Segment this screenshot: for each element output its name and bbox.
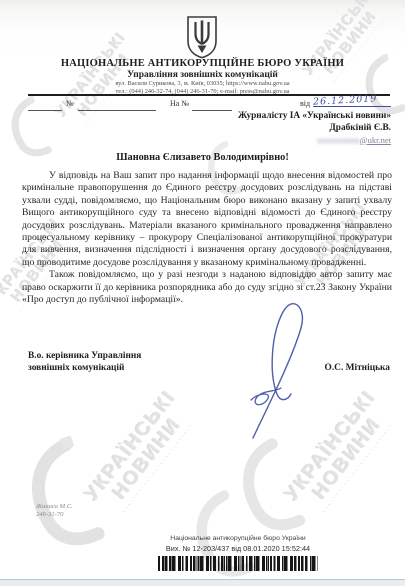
recipient-email: xxxxxxxxxx@ukr.net	[238, 135, 391, 147]
org-name: НАЦІОНАЛЬНЕ АНТИКОРУПЦІЙНЕ БЮРО УКРАЇНИ	[0, 58, 405, 69]
body-paragraph-1: У відповідь на Ваш запит про надання інф…	[22, 170, 392, 269]
watermark-bottom-left: УКРАЇНСЬКІ НОВИНИ ······················…	[81, 386, 202, 522]
stamp-org: Національне антикорупційне бюро України	[98, 535, 378, 544]
signer-position: В.о. керівника Управління зовнішніх кому…	[28, 350, 141, 374]
org-department: Управління зовнішніх комунікацій	[0, 70, 405, 80]
recipient-title: Журналісту ІА «Українські новини»	[238, 111, 391, 123]
barcode	[158, 556, 318, 571]
outgoing-number-label: №	[66, 99, 74, 108]
incoming-number-label: На №	[170, 99, 189, 108]
org-address: вул. Василя Сурикова, 3, м. Київ, 03035;…	[0, 80, 405, 87]
registration-stamp: Національне антикорупційне бюро України …	[98, 535, 378, 571]
recipient-name: Драбкіній Є.В.	[238, 123, 391, 135]
recipient-block: Журналісту ІА «Українські новини» Драбкі…	[238, 111, 391, 146]
email-link[interactable]: @ukr.net	[360, 135, 391, 145]
redacted-email-prefix: xxxxxxxxxx	[317, 135, 360, 145]
stamp-reg-number: Вих. № 12-203/437 від 08.01.2020 15:52:4…	[98, 544, 378, 554]
scanned-letter-page: УКРАЇНСЬКІ НОВИНИ ······················…	[0, 0, 405, 586]
salutation: Шановна Єлизавето Володимирівно!	[0, 152, 405, 163]
ukraine-trident-emblem-icon	[184, 15, 220, 64]
executor-name: Жаниса М.С.	[36, 503, 73, 511]
executor-note: Жаниса М.С. 246-31-70	[36, 503, 73, 519]
viewport-bottom-edge	[0, 579, 405, 586]
executor-phone: 246-31-70	[36, 511, 73, 519]
letter-body: У відповідь на Ваш запит про надання інф…	[22, 170, 392, 306]
handwritten-date: 26.12.2019	[313, 93, 378, 107]
signature-block: В.о. керівника Управління зовнішніх кому…	[28, 350, 390, 374]
date-label: від	[300, 99, 310, 108]
handwritten-signature	[225, 288, 335, 453]
body-paragraph-2: Також повідомляємо, що у разі незгоди з …	[22, 269, 392, 306]
agency-logo-watermark-icon	[10, 432, 113, 565]
